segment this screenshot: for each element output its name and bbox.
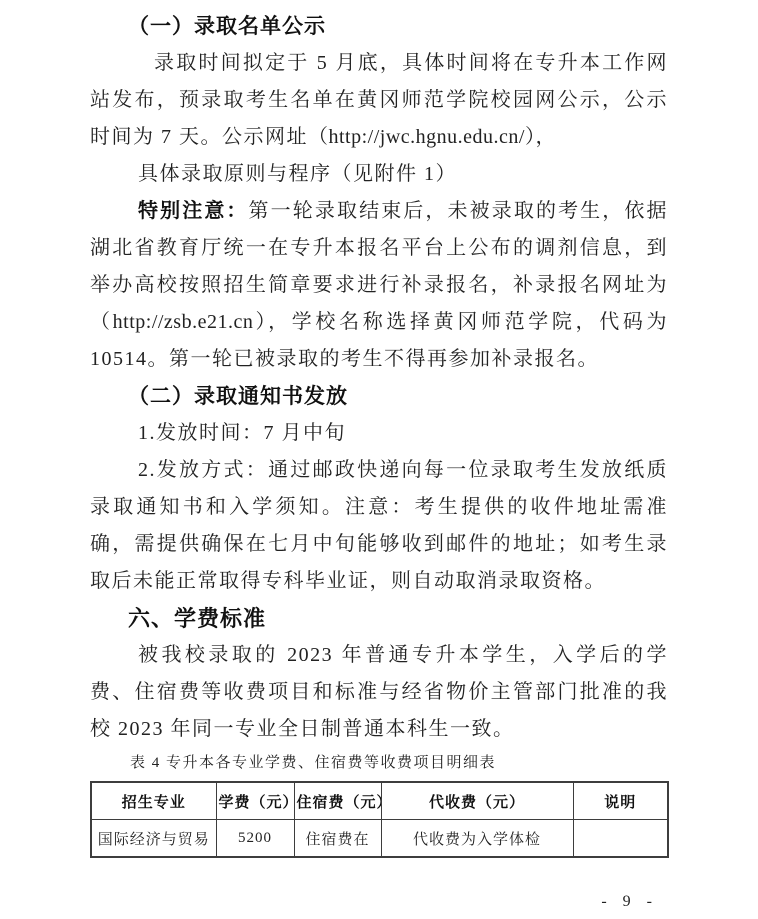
fee-table-header-row: 招生专业 学费（元） 住宿费（元） 代收费（元） 说明	[91, 782, 668, 820]
header-cell-major: 招生专业	[91, 782, 216, 820]
document-content: （一）录取名单公示 录取时间拟定于 5 月底，具体时间将在专升本工作网站发布，预…	[0, 0, 758, 858]
heading-notification-delivery: （二）录取通知书发放	[90, 378, 668, 415]
special-notice-label: 特别注意：	[138, 200, 249, 222]
paragraph-delivery-method: 2.发放方式：通过邮政快递向每一位录取考生发放纸质录取通知书和入学须知。注意：考…	[90, 452, 668, 600]
paragraph-delivery-time: 1.发放时间：7 月中旬	[90, 415, 668, 452]
heading-tuition-standard: 六、学费标准	[90, 600, 668, 637]
paragraph-admission-time: 录取时间拟定于 5 月底，具体时间将在专升本工作网站发布，预录取考生名单在黄冈师…	[90, 45, 668, 156]
cell-dorm-fee: 住宿费在	[294, 820, 381, 858]
fee-table-row: 国际经济与贸易 5200 住宿费在 代收费为入学体检	[91, 820, 668, 858]
header-cell-dorm-fee: 住宿费（元）	[294, 782, 381, 820]
cell-agency-fee: 代收费为入学体检	[381, 820, 573, 858]
paragraph-special-notice: 特别注意：第一轮录取结束后，未被录取的考生，依据湖北省教育厅统一在专升本报名平台…	[90, 193, 668, 378]
cell-tuition: 5200	[216, 820, 294, 858]
publicity-url: （http://jwc.hgnu.edu.cn/）	[308, 126, 535, 148]
supplementary-registration-url: （http://zsb.e21.cn）	[90, 311, 268, 333]
header-cell-tuition: 学费（元）	[216, 782, 294, 820]
paragraph-text: ，	[535, 126, 557, 148]
header-cell-note: 说明	[573, 782, 668, 820]
fee-table: 招生专业 学费（元） 住宿费（元） 代收费（元） 说明 国际经济与贸易 5200…	[90, 781, 669, 858]
header-cell-agency-fee: 代收费（元）	[381, 782, 573, 820]
paragraph-admission-rules: 具体录取原则与程序（见附件 1）	[90, 156, 668, 193]
table-caption: 表 4 专升本各专业学费、住宿费等收费项目明细表	[90, 748, 668, 779]
cell-major: 国际经济与贸易	[91, 820, 216, 858]
paragraph-tuition-intro: 被我校录取的 2023 年普通专升本学生，入学后的学费、住宿费等收费项目和标准与…	[90, 637, 668, 748]
cell-note	[573, 820, 668, 858]
heading-admission-list: （一）录取名单公示	[90, 8, 668, 45]
document-page: （一）录取名单公示 录取时间拟定于 5 月底，具体时间将在专升本工作网站发布，预…	[0, 0, 758, 919]
page-number: - 9 -	[601, 893, 658, 911]
